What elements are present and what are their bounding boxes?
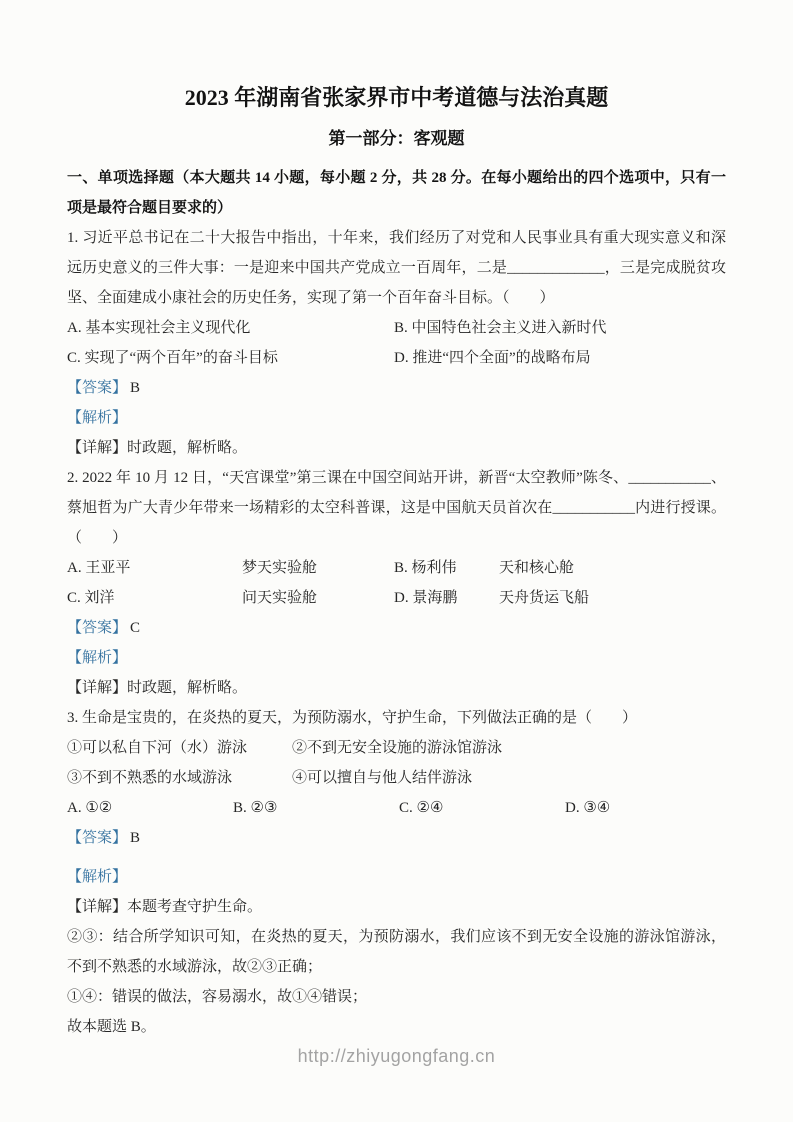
option-1c: C. 实现了“两个百年”的奋斗目标 [67,343,394,373]
option-2c: C. 刘洋问天实验舱 [67,583,394,613]
statement-1: ①可以私自下河（水）游泳 [67,733,292,763]
question-3-explanation-2: ①④：错误的做法，容易溺水，故①④错误； [67,982,726,1012]
question-1-options-row-1: A. 基本实现社会主义现代化 B. 中国特色社会主义进入新时代 [67,313,726,343]
question-2-options-row-1: A. 王亚平梦天实验舱 B. 杨利伟天和核心舱 [67,553,726,583]
option-2b-module: 天和核心舱 [499,560,574,576]
question-2-detail-line: 【详解】时政题，解析略。 [67,673,726,703]
question-1-stem: 1. 习近平总书记在二十大报告中指出，十年来，我们经历了对党和人民事业具有重大现… [67,223,726,313]
detail-label: 【详解】 [67,899,127,915]
option-2b-person: B. 杨利伟 [394,553,499,583]
question-3-detail-line: 【详解】本题考查守护生命。 [67,892,726,922]
option-1a: A. 基本实现社会主义现代化 [67,313,394,343]
answer-label: 【答案】 [67,380,127,396]
question-3-analysis-line: 【解析】 [67,862,726,892]
statement-3: ③不到不熟悉的水域游泳 [67,763,292,793]
detail-text: 时政题，解析略。 [127,680,247,696]
question-1: 1. 习近平总书记在二十大报告中指出，十年来，我们经历了对党和人民事业具有重大现… [67,223,726,463]
analysis-label: 【解析】 [67,869,127,885]
question-2-stem: 2. 2022 年 10 月 12 日，“天宫课堂”第三课在中国空间站开讲，新晋… [67,463,726,553]
question-3-items-row-2: ③不到不熟悉的水域游泳④可以擅自与他人结伴游泳 [67,763,726,793]
question-1-answer-line: 【答案】B [67,373,726,403]
question-1-analysis-line: 【解析】 [67,403,726,433]
detail-label: 【详解】 [67,680,127,696]
question-2-analysis-line: 【解析】 [67,643,726,673]
option-2a-person: A. 王亚平 [67,553,242,583]
option-2a-module: 梦天实验舱 [242,560,317,576]
option-2a: A. 王亚平梦天实验舱 [67,553,394,583]
option-2d: D. 景海鹏天舟货运飞船 [394,583,726,613]
detail-text: 本题考查守护生命。 [127,899,262,915]
statement-4: ④可以擅自与他人结伴游泳 [292,770,472,786]
question-2: 2. 2022 年 10 月 12 日，“天宫课堂”第三课在中国空间站开讲，新晋… [67,463,726,703]
detail-text: 时政题，解析略。 [127,440,247,456]
detail-label: 【详解】 [67,440,127,456]
question-3-explanation-3: 故本题选 B。 [67,1012,726,1042]
answer-value: B [130,380,140,396]
analysis-label: 【解析】 [67,410,127,426]
part-heading: 第一部分：客观题 [67,128,726,150]
option-3b: B. ②③ [233,793,399,823]
question-2-options-row-2: C. 刘洋问天实验舱 D. 景海鹏天舟货运飞船 [67,583,726,613]
option-2d-module: 天舟货运飞船 [499,590,589,606]
option-2c-person: C. 刘洋 [67,583,242,613]
option-2c-module: 问天实验舱 [242,590,317,606]
question-3-stem: 3. 生命是宝贵的，在炎热的夏天，为预防溺水，守护生命，下列做法正确的是（ ） [67,703,726,733]
question-3-explanation-1: ②③：结合所学知识可知，在炎热的夏天，为预防溺水，我们应该不到无安全设施的游泳馆… [67,922,726,982]
question-3: 3. 生命是宝贵的，在炎热的夏天，为预防溺水，守护生命，下列做法正确的是（ ） … [67,703,726,1042]
option-3a: A. ①② [67,793,233,823]
question-1-detail-line: 【详解】时政题，解析略。 [67,433,726,463]
analysis-label: 【解析】 [67,650,127,666]
option-1d: D. 推进“四个全面”的战略布局 [394,343,726,373]
answer-value: B [130,830,140,846]
question-2-answer-line: 【答案】C [67,613,726,643]
option-2b: B. 杨利伟天和核心舱 [394,553,726,583]
question-3-answer-line: 【答案】B [67,823,726,853]
section-instructions: 一、单项选择题（本大题共 14 小题，每小题 2 分，共 28 分。在每小题给出… [67,163,726,223]
question-3-options-row: A. ①②B. ②③C. ②④D. ③④ [67,793,726,823]
answer-value: C [130,620,140,636]
question-1-options-row-2: C. 实现了“两个百年”的奋斗目标 D. 推进“四个全面”的战略布局 [67,343,726,373]
option-3d: D. ③④ [565,793,610,823]
exam-document-page: 2023 年湖南省张家界市中考道德与法治真题 第一部分：客观题 一、单项选择题（… [0,0,793,1122]
answer-label: 【答案】 [67,620,127,636]
option-1b: B. 中国特色社会主义进入新时代 [394,313,726,343]
statement-2: ②不到无安全设施的游泳馆游泳 [292,740,502,756]
answer-label: 【答案】 [67,830,127,846]
question-3-items-row-1: ①可以私自下河（水）游泳②不到无安全设施的游泳馆游泳 [67,733,726,763]
watermark-url: http://zhiyugongfang.cn [0,1046,793,1067]
option-3c: C. ②④ [399,793,565,823]
exam-title: 2023 年湖南省张家界市中考道德与法治真题 [67,84,726,111]
option-2d-person: D. 景海鹏 [394,583,499,613]
